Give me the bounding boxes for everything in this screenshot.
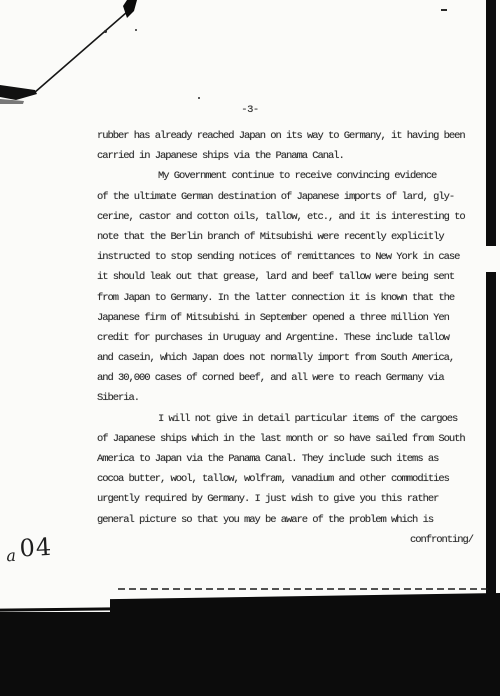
letter-body: rubber has already reached Japan on its … bbox=[97, 126, 475, 550]
document-line: America to Japan via the Panama Canal. T… bbox=[97, 449, 475, 469]
document-line: credit for purchases in Uruguay and Arge… bbox=[97, 328, 475, 348]
document-line: general picture so that you may be aware… bbox=[97, 510, 475, 530]
document-line: of Japanese ships which in the last mont… bbox=[97, 429, 475, 449]
document-line: from Japan to Germany. In the latter con… bbox=[97, 288, 475, 308]
document-line: instructed to stop sending notices of re… bbox=[97, 247, 475, 267]
document-line: of the ultimate German destination of Ja… bbox=[97, 187, 475, 207]
document-line: I will not give in detail particular ite… bbox=[97, 409, 475, 429]
scan-artifact-bottom-thin-line bbox=[0, 607, 112, 611]
scan-artifact-right-edge-bar-bottom bbox=[486, 272, 496, 620]
scanned-letter-page: -3- rubber has already reached Japan on … bbox=[0, 0, 500, 696]
scan-speck bbox=[104, 30, 107, 33]
scan-artifact-ragged-edge bbox=[118, 588, 492, 590]
document-line: cocoa butter, wool, tallow, wolfram, van… bbox=[97, 469, 475, 489]
scan-artifact-left-wedge bbox=[0, 85, 37, 100]
document-line: rubber has already reached Japan on its … bbox=[97, 126, 475, 146]
scan-artifact-top-blob bbox=[123, 0, 137, 18]
scan-speck bbox=[198, 97, 200, 99]
handwritten-letter: a bbox=[6, 546, 17, 565]
page-number: -3- bbox=[0, 104, 500, 116]
document-line: cerine, castor and cotton oils, tallow, … bbox=[97, 207, 475, 227]
handwritten-digits: 04 bbox=[19, 533, 53, 563]
document-continuation-word: confronting/ bbox=[97, 530, 475, 550]
document-line: it should leak out that grease, lard and… bbox=[97, 267, 475, 287]
scan-speck bbox=[441, 9, 447, 11]
handwritten-annotation: a04 bbox=[5, 533, 52, 563]
scan-speck bbox=[135, 29, 137, 31]
document-line: and 30,000 cases of corned beef, and all… bbox=[97, 368, 475, 388]
document-line: Siberia. bbox=[97, 388, 475, 408]
document-line: Japanese firm of Mitsubishi in September… bbox=[97, 308, 475, 328]
document-line: carried in Japanese ships via the Panama… bbox=[97, 146, 475, 166]
scan-artifact-bottom-bar bbox=[0, 612, 500, 696]
document-line: note that the Berlin branch of Mitsubish… bbox=[97, 227, 475, 247]
document-line: My Government continue to receive convin… bbox=[97, 166, 475, 186]
scan-artifact-right-edge-bar-top bbox=[486, 0, 496, 246]
document-line: and casein, which Japan does not normall… bbox=[97, 348, 475, 368]
document-line: urgently required by Germany. I just wis… bbox=[97, 489, 475, 509]
